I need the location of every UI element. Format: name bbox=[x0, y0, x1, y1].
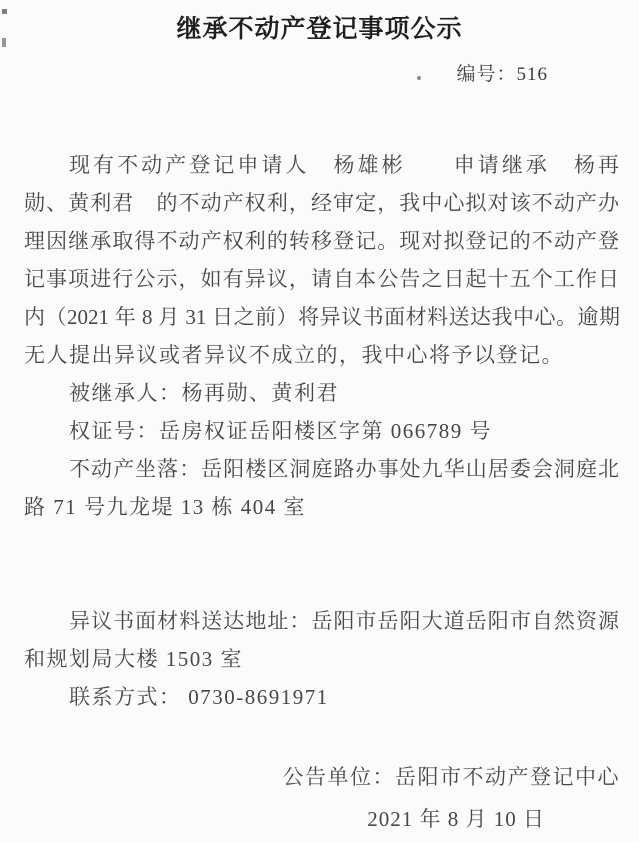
issuing-unit-line: 公告单位：岳阳市不动产登记中心 bbox=[0, 763, 639, 791]
issue-date-line: 2021 年 8 月 10 日 bbox=[0, 805, 639, 833]
text-line: 现有不动产登记申请人 杨雄彬 申请继承 杨再 bbox=[24, 146, 620, 184]
scan-artifact-mark bbox=[2, 9, 7, 14]
text-line: 权证号：岳房权证岳阳楼区字第 066789 号 bbox=[24, 412, 620, 450]
doc-number: 编号：516 bbox=[0, 63, 639, 87]
text-line bbox=[24, 564, 620, 602]
text-line: 异议书面材料送达地址：岳阳市岳阳大道岳阳市自然资源 bbox=[24, 602, 620, 640]
text-line: 被继承人：杨再勋、黄利君 bbox=[24, 374, 620, 412]
scanned-notice-page: 继承不动产登记事项公示 编号：516 现有不动产登记申请人 杨雄彬 申请继承 杨… bbox=[0, 0, 639, 842]
text-line: 内（2021 年 8 月 31 日之前）将异议书面材料送达我中心。逾期 bbox=[24, 298, 620, 336]
ink-dot-artifact bbox=[417, 76, 421, 80]
document-body: 现有不动产登记申请人 杨雄彬 申请继承 杨再勋、黄利君 的不动产权利，经审定，我… bbox=[0, 146, 639, 716]
text-line: 路 71 号九龙堤 13 栋 404 室 bbox=[24, 488, 620, 526]
text-line: 不动产坐落：岳阳楼区洞庭路办事处九华山居委会洞庭北 bbox=[24, 450, 620, 488]
page-title: 继承不动产登记事项公示 bbox=[0, 0, 639, 46]
text-line: 勋、黄利君 的不动产权利，经审定，我中心拟对该不动产办 bbox=[24, 184, 620, 222]
text-line: 记事项进行公示，如有异议，请自本公告之日起十五个工作日 bbox=[24, 260, 620, 298]
text-line: 理因继承取得不动产权利的转移登记。现对拟登记的不动产登 bbox=[24, 222, 620, 260]
text-line bbox=[24, 526, 620, 564]
text-line: 无人提出异议或者异议不成立的，我中心将予以登记。 bbox=[24, 336, 620, 374]
text-line: 联系方式： 0730-8691971 bbox=[24, 678, 620, 716]
scan-artifact-mark bbox=[2, 38, 6, 47]
text-line: 和规划局大楼 1503 室 bbox=[24, 640, 620, 678]
